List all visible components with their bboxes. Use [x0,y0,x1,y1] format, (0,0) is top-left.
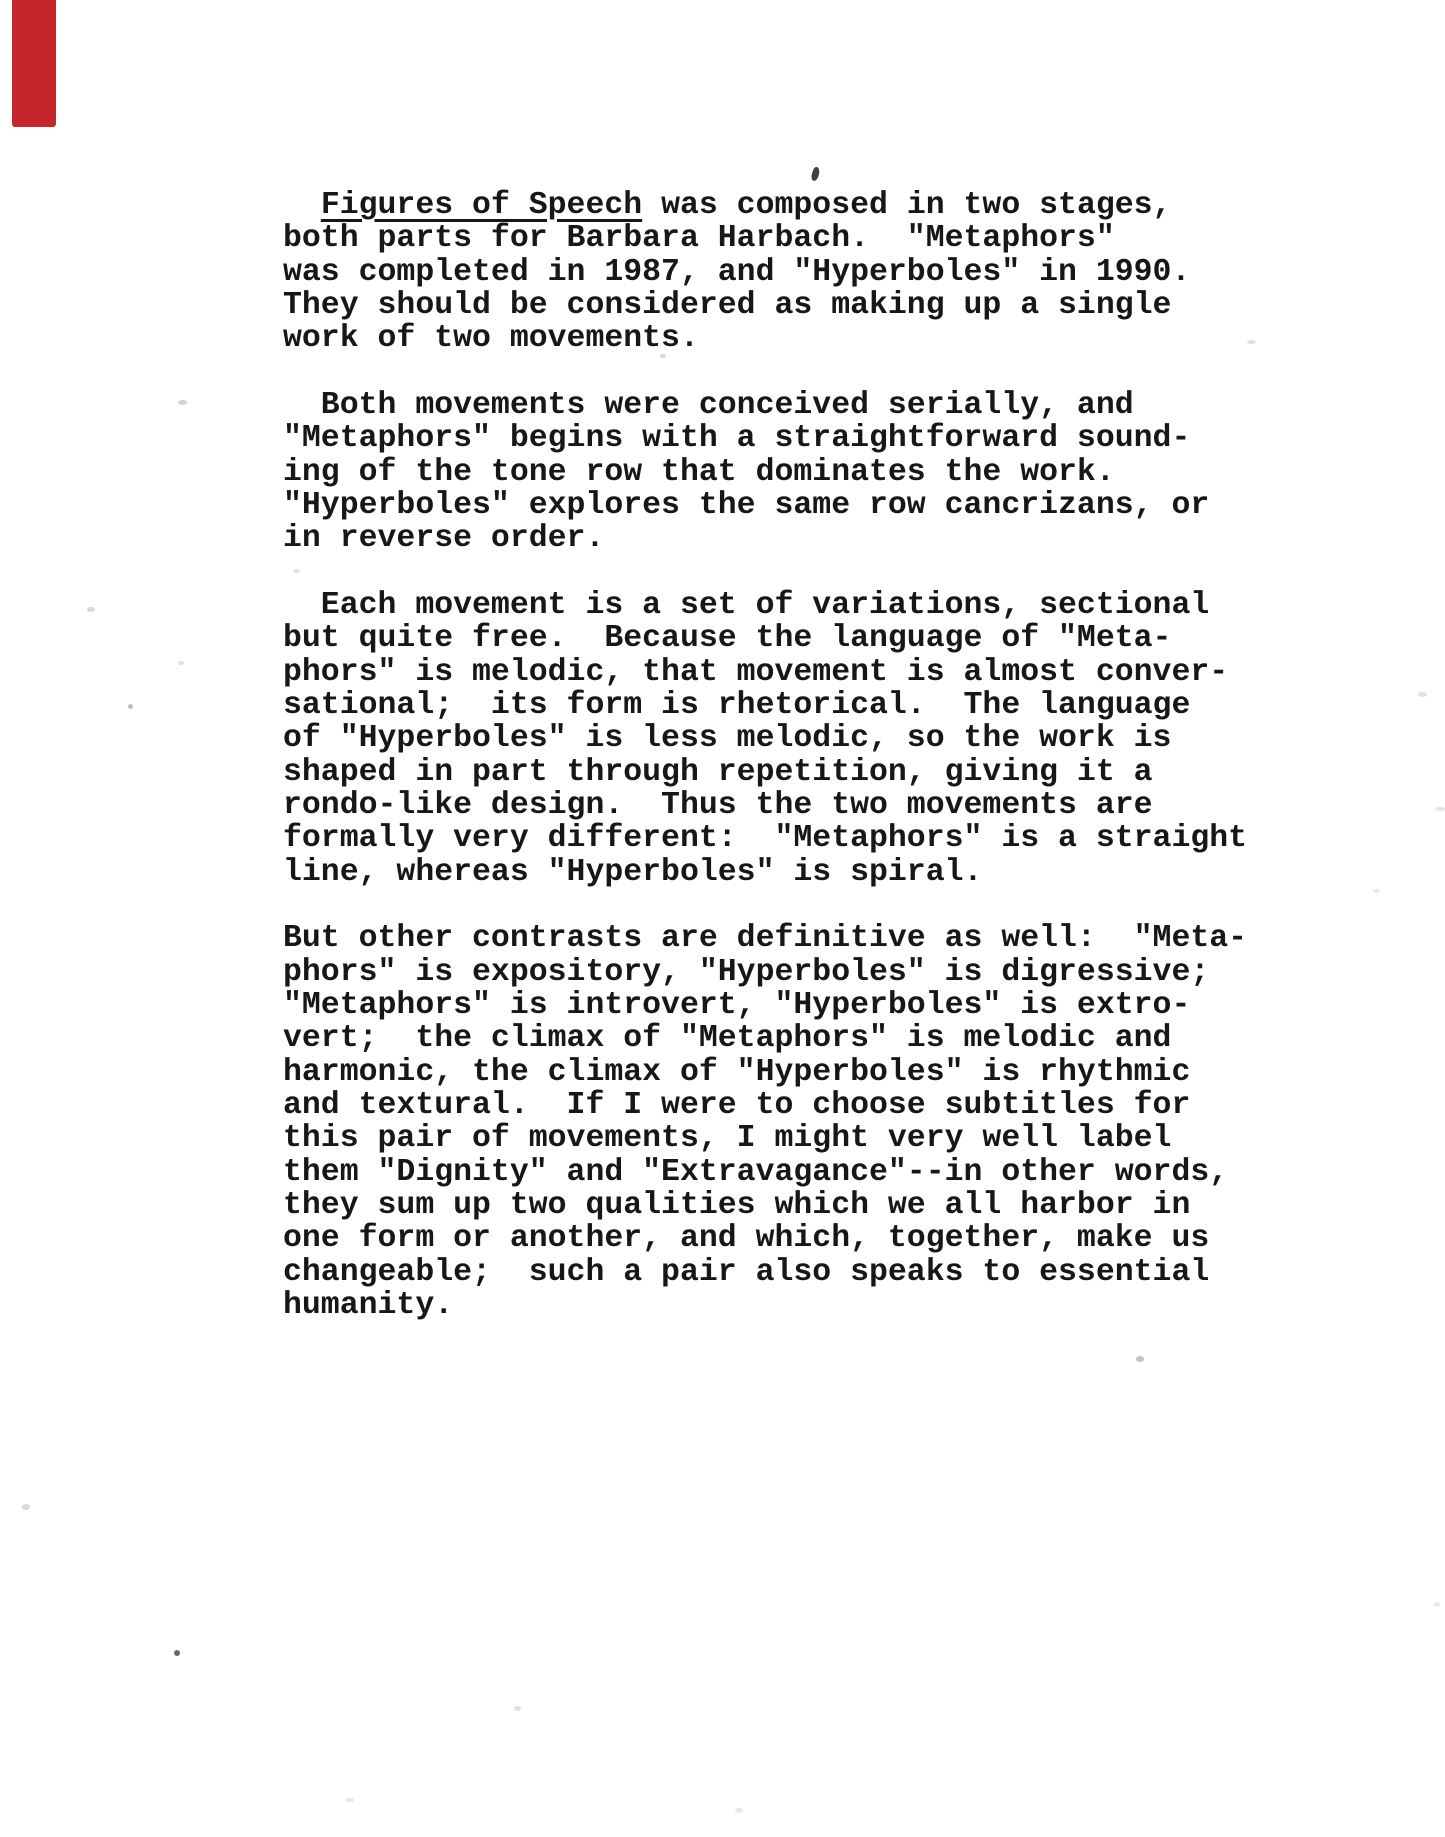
red-tape-mark [12,0,56,127]
scanned-page: Figures of Speech was composed in two st… [0,0,1445,1837]
scan-speck [178,400,187,405]
document-text: Figures of Speech was composed in two st… [283,189,1247,1322]
scan-speck [128,704,133,709]
underlined-title: Figures of Speech [321,188,642,223]
scan-speck [1136,1356,1144,1362]
stray-apostrophe-mark [810,166,821,181]
scan-speck [660,354,666,358]
scan-speck [174,1650,180,1656]
scan-speck [1435,807,1445,811]
scan-speck [1373,889,1380,893]
scan-speck [1247,340,1256,344]
scan-speck [514,1706,521,1711]
scan-speck [735,1808,743,1813]
scan-speck [178,661,184,665]
scan-speck [22,1504,30,1510]
scan-speck [87,607,95,612]
scan-speck [1418,692,1427,697]
scan-speck [345,1798,354,1802]
scan-speck [293,569,300,573]
scan-speck [1434,1602,1440,1607]
